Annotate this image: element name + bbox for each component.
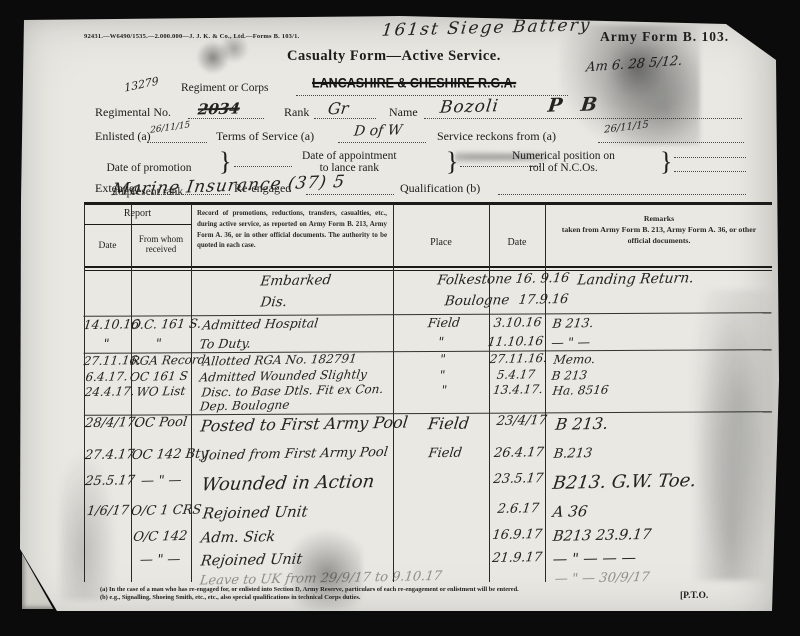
table-cell: 23.5.17 xyxy=(488,471,546,502)
table-row: 1/6/17O/C 1 CRSRejoined Unit2.6.17A 36 xyxy=(84,500,772,530)
numerical-line-1 xyxy=(674,157,746,158)
table-cell: 16.9.17 xyxy=(488,527,545,551)
header-from-whom: From whom received xyxy=(132,234,190,254)
table-cell: 5.4.17 xyxy=(488,367,544,383)
table-cell: — " — xyxy=(129,473,191,504)
table-cell: — " — xyxy=(129,552,190,573)
table-cell: WO List xyxy=(129,384,191,415)
table-body: EmbarkedFolkestone16. 9.16Landing Return… xyxy=(83,270,773,591)
table-cell: OC 142 Bty xyxy=(130,447,193,474)
enlisted-label: Enlisted (a) xyxy=(95,129,151,144)
table-cell: 2.6.17 xyxy=(489,501,546,528)
appointment-label-1: Date of appointment xyxy=(302,150,397,162)
qualification-line xyxy=(498,194,746,195)
numerical-label-1: Numerical position on xyxy=(512,150,615,162)
regimental-no-value: 2034 xyxy=(197,99,241,118)
header-remarks-title: Remarks xyxy=(644,214,674,223)
numerical-brace: } xyxy=(660,147,672,177)
table-header-rule-1 xyxy=(84,266,772,268)
table-cell: Boulogne xyxy=(434,292,520,315)
footnote-b: (b) e.g., Signalling, Shoeing Smith, etc… xyxy=(100,594,660,601)
table-cell: 26.4.17 xyxy=(489,445,546,472)
table-cell: 6.4.17. xyxy=(83,369,131,385)
table-cell xyxy=(83,552,131,573)
name-label: Name xyxy=(389,105,418,120)
table-cell: Rejoined Unit xyxy=(188,501,399,531)
rank-value: Gr xyxy=(327,99,350,119)
promotion-brace: } xyxy=(219,147,231,177)
table-cell: 23/4/17 xyxy=(492,413,549,446)
table-cell: Field xyxy=(396,314,491,335)
regiment-line xyxy=(296,95,568,96)
table-row: 27.4.17OC 142 BtyJoined from First Army … xyxy=(84,444,772,474)
table-cell: Folkestone xyxy=(432,271,517,294)
table-cell: " xyxy=(394,333,489,352)
table-cell: " xyxy=(128,335,188,353)
scanned-document: 92431.—W6490/1535.—2.000.000—J. J. K. & … xyxy=(0,0,800,636)
numerical-label-2: roll of N.C.Os. xyxy=(529,162,598,174)
table-cell: B213. G.W. Toe. xyxy=(542,469,774,503)
table-row: 24.4.17.WO ListDisc. to Base Dtls. Fit e… xyxy=(84,381,772,416)
table-cell: Field xyxy=(397,445,493,473)
table-cell: " xyxy=(395,382,492,414)
header-date: Date xyxy=(84,241,131,251)
table-cell xyxy=(395,471,492,503)
table-cell: Field xyxy=(400,413,496,447)
table-cell xyxy=(566,290,773,315)
table-cell: 3.10.16 xyxy=(489,314,545,334)
table-cell: " xyxy=(82,335,130,353)
promotion-line xyxy=(234,166,292,167)
table-cell: Wounded in Action xyxy=(187,471,399,505)
table-cell: 14.10.16 xyxy=(82,316,131,336)
table-cell: 24.4.17. xyxy=(82,384,133,415)
header-date2: Date xyxy=(489,237,545,248)
regimental-no-label: Regimental No. xyxy=(95,105,171,120)
terms-line xyxy=(338,142,426,143)
table-cell: " xyxy=(395,367,490,384)
table-cell: Posted to First Army Pool xyxy=(186,413,404,449)
table-cell: Joined from First Army Pool xyxy=(189,445,400,475)
table-cell: OC 161 S xyxy=(128,369,188,385)
rank-label: Rank xyxy=(284,105,309,120)
table-cell xyxy=(395,527,491,552)
table-top-rule xyxy=(84,202,772,205)
table-cell: B 213. xyxy=(545,411,774,447)
table-cell: O/C 1 CRS xyxy=(128,503,191,530)
table-cell: 16. 9.16 xyxy=(514,271,570,293)
header-report: Report xyxy=(84,208,191,219)
table-cell: 27.11.16. xyxy=(488,351,546,368)
table-cell: " xyxy=(396,351,490,369)
name-value: Bozoli xyxy=(439,96,500,118)
table-cell: OC Pool xyxy=(129,415,190,448)
numerical-line-2 xyxy=(674,171,746,172)
appointment-label: Date of appointment to lance rank xyxy=(302,150,397,174)
table-cell: 25.5.17 xyxy=(82,473,133,504)
header-record: Record of promotions, reductions, transf… xyxy=(197,209,387,252)
terms-value: D of W xyxy=(353,122,403,139)
table-cell: 17.9.16 xyxy=(517,292,569,314)
promotion-label-1: Date of promotion xyxy=(107,162,192,174)
header-remarks-rest: taken from Army Form B. 213, Army Form A… xyxy=(562,225,756,245)
table-cell xyxy=(123,294,177,316)
table-cell: RGA Record xyxy=(130,353,192,370)
table-cell: Disc. to Base Dtls. Fit ex Con. Dep. Bou… xyxy=(187,382,399,416)
name-line xyxy=(424,118,742,119)
table-cell xyxy=(82,273,125,295)
table-cell: O/C 142 xyxy=(129,529,190,553)
table-cell: O.C. 161 S. xyxy=(129,316,191,336)
regiment-stamp: LANCASHIRE & CHESHIRE R.G.A. xyxy=(312,75,516,90)
header-remarks: Remarks taken from Army Form B. 213, Arm… xyxy=(550,213,768,246)
table-cell: 28/4/17. xyxy=(82,415,133,448)
numerical-label: Numerical position on roll of N.C.Os. xyxy=(512,150,615,174)
table-row: 25.5.17— " —Wounded in Action23.5.17B213… xyxy=(84,470,772,504)
table-cell: 13.4.17. xyxy=(488,382,546,413)
table-cell: 1/6/17 xyxy=(83,503,132,530)
table-cell xyxy=(83,529,132,553)
footnote-a: (a) In the case of a man who has re-enga… xyxy=(100,585,715,594)
table-cell: Ha. 8516 xyxy=(542,380,774,414)
table-cell xyxy=(82,294,125,316)
table-row: 28/4/17.OC PoolPosted to First Army Pool… xyxy=(84,412,772,448)
table-cell: 11.10.16 xyxy=(487,333,545,351)
table-cell xyxy=(396,501,492,529)
reengaged-line xyxy=(306,194,394,195)
reckons-line xyxy=(598,142,744,143)
table-cell: 27.4.17 xyxy=(83,447,133,474)
printer-imprint: 92431.—W6490/1535.—2.000.000—J. J. K. & … xyxy=(84,33,299,40)
table-cell xyxy=(122,273,176,295)
report-underline xyxy=(84,224,191,225)
header-place: Place xyxy=(393,237,489,248)
form-title: Casualty Form—Active Service. xyxy=(287,48,501,65)
regiment-label: Regiment or Corps xyxy=(181,82,269,94)
appointment-brace: } xyxy=(446,147,458,177)
qualification-label: Qualification (b) xyxy=(400,181,480,196)
form-number: Army Form B. 103. xyxy=(600,29,729,45)
table-cell: 27.11.16. xyxy=(83,353,132,370)
enlisted-line xyxy=(147,142,207,143)
reckons-label: Service reckons from (a) xyxy=(437,129,556,144)
name-initials: P B xyxy=(547,93,605,116)
terms-label: Terms of Service (a) xyxy=(216,129,314,144)
table-cell: 21.9.17 xyxy=(489,550,546,571)
rank-line xyxy=(314,118,376,119)
pto-label: [P.T.O. xyxy=(680,591,708,601)
